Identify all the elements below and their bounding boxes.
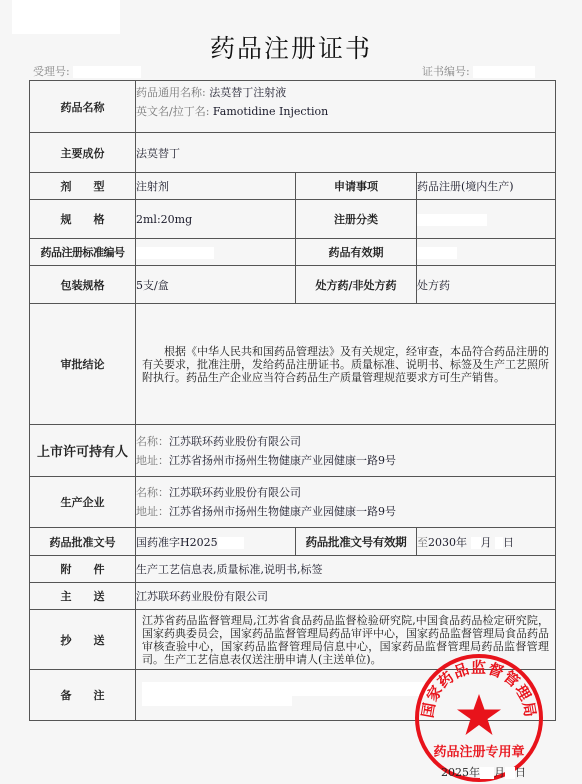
label-holder: 上市许可持有人 (30, 425, 136, 477)
holder-name-label: 名称： (136, 435, 169, 448)
value-holder: 名称：江苏联环药业股份有限公司 地址：江苏省扬州市扬州生物健康产业园健康一路9号 (136, 425, 556, 477)
certificate-table: 药品名称 药品通用名称: 法莫替丁注射液 英文名/拉丁名: Famotidine… (29, 80, 556, 721)
label-registration-class: 注册分类 (296, 200, 417, 239)
english-name-label: 英文名/拉丁名: (136, 105, 213, 118)
label-validity: 药品有效期 (296, 239, 417, 266)
label-remarks: 备注 (30, 670, 136, 721)
row-dosage-form: 剂型 注射剂 申请事项 药品注册(境内生产) (30, 173, 556, 200)
row-drug-name: 药品名称 药品通用名称: 法莫替丁注射液 英文名/拉丁名: Famotidine… (30, 81, 556, 133)
row-cc: 抄送 江苏省药品监督管理局,江苏省食品药品监督检验研究院,中国食品药品检定研究院… (30, 610, 556, 670)
remarks-redacted-2 (142, 694, 292, 706)
value-remarks (136, 670, 556, 721)
value-attachments: 生产工艺信息表,质量标准,说明书,标签 (136, 556, 556, 583)
issue-date-month: 月 (494, 766, 505, 779)
label-cc: 抄送 (30, 610, 136, 670)
value-conclusion: 根据《中华人民共和国药品管理法》及有关规定，经审查，本品符合药品注册的有关要求，… (136, 304, 556, 425)
label-dosage-form: 剂型 (30, 173, 136, 200)
value-drug-name: 药品通用名称: 法莫替丁注射液 英文名/拉丁名: Famotidine Inje… (136, 81, 556, 133)
label-package: 包装规格 (30, 266, 136, 304)
row-manufacturer: 生产企业 名称：江苏联环药业股份有限公司 地址：江苏省扬州市扬州生物健康产业园健… (30, 477, 556, 528)
value-package: 5支/盒 (136, 266, 296, 304)
seal-inner-text: 药品注册专用章 (433, 744, 524, 760)
manufacturer-address-value: 江苏省扬州市扬州生物健康产业园健康一路9号 (169, 505, 396, 518)
acceptance-no: 受理号: (33, 63, 141, 79)
value-main-recipient: 江苏联环药业股份有限公司 (136, 583, 556, 610)
value-approval-no: 国药准字H2025 (136, 528, 296, 556)
value-standard-no (136, 239, 296, 266)
row-holder: 上市许可持有人 名称：江苏联环药业股份有限公司 地址：江苏省扬州市扬州生物健康产… (30, 425, 556, 477)
row-main-recipient: 主送 江苏联环药业股份有限公司 (30, 583, 556, 610)
approval-validity-month: 月 (481, 536, 492, 549)
label-prescription: 处方药/非处方药 (296, 266, 417, 304)
issue-date-day-redacted (505, 767, 515, 779)
label-conclusion: 审批结论 (30, 304, 136, 425)
approval-no-redacted (218, 537, 244, 549)
issue-date-month-redacted (480, 767, 494, 779)
cc-text: 江苏省药品监督管理局,江苏省食品药品监督检验研究院,中国食品药品检定研究院，国家… (136, 614, 555, 666)
certificate-no: 证书编号: (422, 63, 535, 79)
label-manufacturer: 生产企业 (30, 477, 136, 528)
row-attachments: 附件 生产工艺信息表,质量标准,说明书,标签 (30, 556, 556, 583)
value-dosage-form: 注射剂 (136, 173, 296, 200)
manufacturer-name-value: 江苏联环药业股份有限公司 (169, 486, 301, 499)
label-specification: 规格 (30, 200, 136, 239)
holder-address-label: 地址： (136, 454, 169, 467)
issue-date-day: 日 (515, 766, 526, 779)
manufacturer-name-label: 名称： (136, 486, 169, 499)
row-conclusion: 审批结论 根据《中华人民共和国药品管理法》及有关规定，经审查，本品符合药品注册的… (30, 304, 556, 425)
certificate-no-redacted (473, 66, 535, 78)
label-approval-no: 药品批准文号 (30, 528, 136, 556)
row-package: 包装规格 5支/盒 处方药/非处方药 处方药 (30, 266, 556, 304)
certificate-no-label: 证书编号: (422, 65, 470, 78)
validity-redacted (417, 247, 457, 259)
issue-date: 2025年月日 (441, 764, 526, 780)
generic-name-value: 法莫替丁注射液 (209, 86, 286, 99)
value-prescription: 处方药 (417, 266, 556, 304)
value-manufacturer: 名称：江苏联环药业股份有限公司 地址：江苏省扬州市扬州生物健康产业园健康一路9号 (136, 477, 556, 528)
label-attachments: 附件 (30, 556, 136, 583)
acceptance-no-label: 受理号: (33, 65, 70, 78)
approval-validity-month-redacted (471, 537, 481, 549)
label-approval-validity: 药品批准文号有效期 (296, 528, 417, 556)
approval-validity-day: 日 (503, 536, 514, 549)
label-standard-no: 药品注册标准编号 (30, 239, 136, 266)
label-application-item: 申请事项 (296, 173, 417, 200)
approval-validity-prefix: 至 (417, 536, 428, 549)
row-remarks: 备注 (30, 670, 556, 721)
label-drug-name: 药品名称 (30, 81, 136, 133)
approval-validity-day-redacted (495, 537, 503, 549)
value-validity (417, 239, 556, 266)
registration-class-redacted (417, 214, 487, 226)
value-cc: 江苏省药品监督管理局,江苏省食品药品监督检验研究院,中国食品药品检定研究院，国家… (136, 610, 556, 670)
value-main-ingredient: 法莫替丁 (136, 133, 556, 173)
generic-name-label: 药品通用名称: (136, 86, 209, 99)
value-registration-class (417, 200, 556, 239)
row-standard-no: 药品注册标准编号 药品有效期 (30, 239, 556, 266)
approval-no-value: 国药准字H2025 (136, 536, 218, 549)
value-approval-validity: 至2030年 月 日 (417, 528, 556, 556)
row-main-ingredient: 主要成份 法莫替丁 (30, 133, 556, 173)
value-application-item: 药品注册(境内生产) (417, 173, 556, 200)
conclusion-text: 根据《中华人民共和国药品管理法》及有关规定，经审查，本品符合药品注册的有关要求，… (136, 345, 555, 384)
issue-date-year: 2025年 (441, 766, 480, 779)
manufacturer-address-label: 地址： (136, 505, 169, 518)
standard-no-redacted (136, 247, 214, 259)
label-main-ingredient: 主要成份 (30, 133, 136, 173)
label-main-recipient: 主送 (30, 583, 136, 610)
holder-address-value: 江苏省扬州市扬州生物健康产业园健康一路9号 (169, 454, 396, 467)
english-name-value: Famotidine Injection (213, 105, 328, 118)
approval-validity-year: 2030年 (428, 536, 467, 549)
value-specification: 2ml:20mg (136, 200, 296, 239)
row-specification: 规格 2ml:20mg 注册分类 (30, 200, 556, 239)
row-approval-no: 药品批准文号 国药准字H2025 药品批准文号有效期 至2030年 月 日 (30, 528, 556, 556)
holder-name-value: 江苏联环药业股份有限公司 (169, 435, 301, 448)
document-title: 药品注册证书 (0, 29, 582, 65)
acceptance-no-redacted (73, 66, 141, 78)
